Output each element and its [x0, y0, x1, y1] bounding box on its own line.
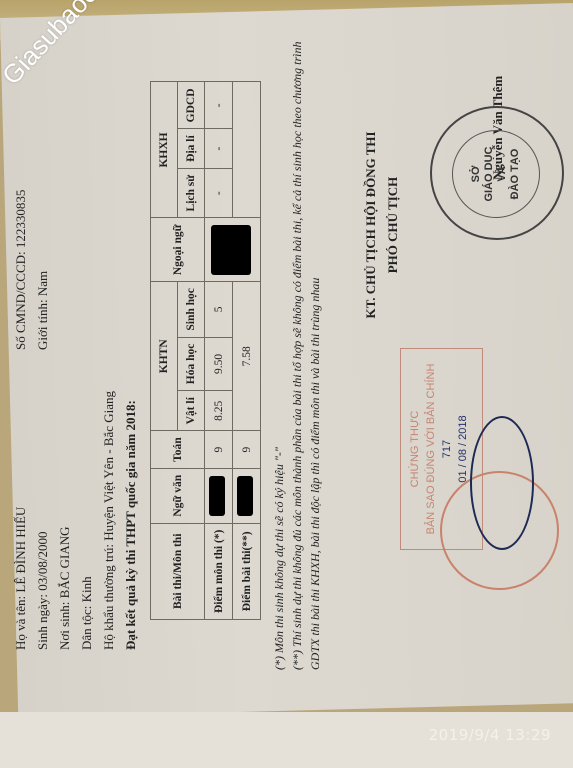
- header-lich-su: Lịch sử: [178, 168, 205, 218]
- seal-center: SỞ GIÁO DỤC VÀ ĐÀO TẠO: [452, 130, 540, 218]
- id-number: Số CMND/CCCD: 122330835: [10, 190, 32, 350]
- row-label: Điểm bài thi(**): [233, 523, 261, 619]
- signature-block: KT. CHỦ TỊCH HỘI ĐỒNG THI PHÓ CHỦ TỊCH: [360, 110, 404, 340]
- table-row: Điểm môn thi (*) 9 8.25 9.50 5 - - -: [205, 82, 233, 620]
- cell-toan: 9: [233, 431, 261, 469]
- full-name: Họ và tên: LÊ ĐÌNH HIẾU: [13, 507, 28, 650]
- header-khtn: KHTN: [151, 282, 178, 431]
- birth-date: Sinh ngày: 03/08/2000: [35, 532, 50, 650]
- photo-timestamp: 2019/9/4 13:29: [429, 726, 551, 744]
- header-dia-li: Địa lí: [178, 129, 205, 169]
- cell-ngoai-ngu: [205, 218, 261, 282]
- header-gdcd: GDCD: [178, 82, 205, 129]
- redaction-mark: [211, 225, 251, 275]
- seal-text: GIÁO DỤC: [483, 147, 496, 202]
- footnote-2: (**) Thí sinh dự thi không đủ các môn th…: [288, 30, 324, 670]
- cell-hoa-hoc: 9.50: [205, 337, 233, 391]
- cell-khxh: [233, 82, 261, 218]
- header-khxh: KHXH: [151, 82, 178, 218]
- header-toan: Toán: [151, 431, 205, 469]
- footnotes: (*) Môn thi sinh không dự thi sẽ có ký h…: [270, 30, 324, 670]
- redaction-mark: [209, 476, 225, 516]
- pen-signature: [470, 416, 534, 550]
- header-vat-li: Vật lí: [178, 391, 205, 431]
- cell-dia-li: -: [205, 129, 233, 169]
- cell-toan: 9: [205, 431, 233, 469]
- cert-subtitle: BẢN SAO ĐÚNG VỚI BẢN CHÍNH: [423, 349, 439, 549]
- seal-text: SỞ: [470, 166, 483, 183]
- result-heading: Đạt kết quả kỳ thi THPT quốc gia năm 201…: [123, 400, 138, 650]
- header-hoa-hoc: Hóa học: [178, 337, 205, 391]
- footnote-1: (*) Môn thi sinh không dự thi sẽ có ký h…: [270, 30, 288, 670]
- residence: Hộ khẩu thường trú: Huyện Việt Yên - Bắc…: [98, 391, 120, 650]
- table-row: Điểm bài thi(**) 9 7.58: [233, 82, 261, 620]
- gender: Giới tính: Nam: [32, 271, 54, 350]
- cell-sinh-hoc: 5: [205, 282, 233, 338]
- cell-gdcd: -: [205, 82, 233, 129]
- birthplace: Nơi sinh: BẮC GIANG: [54, 391, 76, 650]
- cell-vat-li: 8.25: [205, 391, 233, 431]
- cell-khtn: 7.58: [233, 282, 261, 431]
- seal-text: VÀ: [496, 166, 509, 181]
- signature-title: KT. CHỦ TỊCH HỘI ĐỒNG THI: [360, 110, 382, 340]
- header-subject: Bài thi/Môn thi: [151, 523, 205, 619]
- header-sinh-hoc: Sinh học: [178, 282, 205, 338]
- header-ngoai-ngu: Ngoại ngữ: [151, 218, 205, 282]
- header-ngu-van: Ngữ văn: [151, 468, 205, 523]
- cell-lich-su: -: [205, 168, 233, 218]
- official-seal: SỞ GIÁO DỤC VÀ ĐÀO TẠO: [430, 106, 564, 240]
- ethnicity: Dân tộc: Kinh: [76, 391, 98, 650]
- student-info: Họ và tên: LÊ ĐÌNH HIẾUSố CMND/CCCD: 122…: [10, 391, 142, 650]
- row-label: Điểm môn thi (*): [205, 523, 233, 619]
- cert-title: CHỨNG THỰC: [407, 349, 423, 549]
- redaction-mark: [237, 476, 253, 516]
- exam-certificate: Họ và tên: LÊ ĐÌNH HIẾUSố CMND/CCCD: 122…: [0, 0, 573, 700]
- signature-subtitle: PHÓ CHỦ TỊCH: [382, 110, 404, 340]
- score-table: Bài thi/Môn thi Ngữ văn Toán KHTN Ngoại …: [150, 81, 261, 620]
- cell-ngu-van: [205, 468, 233, 523]
- cell-ngu-van: [233, 468, 261, 523]
- seal-text: ĐÀO TẠO: [509, 149, 522, 200]
